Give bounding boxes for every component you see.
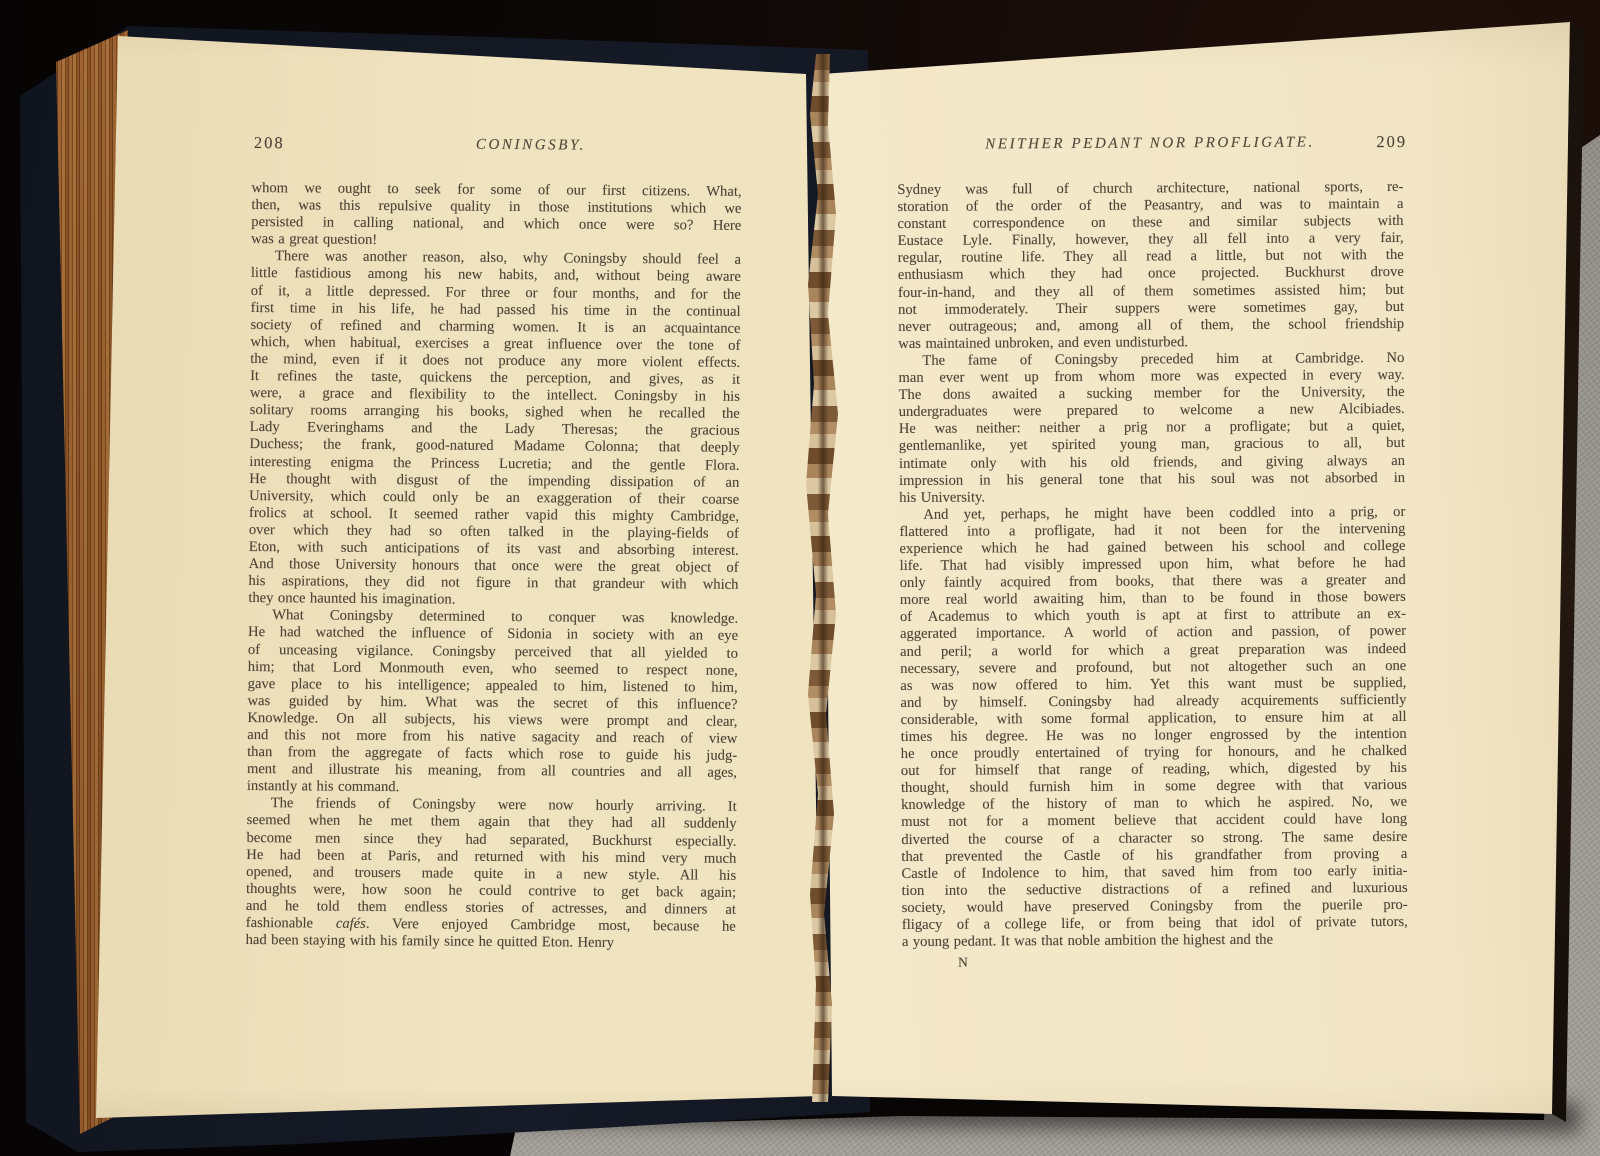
text-line: fligacy of a college life, or from being… [902, 914, 1408, 934]
running-header: CONINGSBY. [476, 137, 586, 155]
book-photograph: 208 CONINGSBY. whom we ought to seek for… [0, 0, 1600, 1156]
paragraph: And yet, perhaps, he might have been cod… [899, 504, 1408, 952]
paragraph: Sydney was full of church architecture, … [897, 179, 1404, 353]
text-line: never outrageous; and, among all of them… [898, 316, 1404, 336]
left-page-body: whom we ought to seek for some of our fi… [246, 180, 742, 953]
right-page-header: NEITHER PEDANT NOR PROFLIGATE. 209 [897, 133, 1403, 156]
paragraph: The friends of Coningsby were now hourly… [246, 795, 737, 953]
paragraph: The fame of Coningsby preceded him at Ca… [898, 350, 1405, 507]
signature-mark: N [958, 951, 1408, 971]
text-line: impression in his general tone that his … [899, 469, 1405, 489]
page-number: 209 [1376, 133, 1407, 150]
paragraph: What Coningsby determined to conquer was… [247, 607, 738, 799]
paragraph: There was another reason, also, why Coni… [248, 248, 741, 611]
left-page-header: 208 CONINGSBY. [252, 134, 742, 158]
running-header: NEITHER PEDANT NOR PROFLIGATE. [985, 134, 1315, 153]
text-line: a young pedant. It was that noble ambiti… [902, 931, 1408, 951]
right-page-text: NEITHER PEDANT NOR PROFLIGATE. 209 Sydne… [897, 133, 1408, 971]
paragraph: whom we ought to seek for some of our fi… [251, 180, 742, 252]
right-page-body: Sydney was full of church architecture, … [897, 179, 1408, 951]
page-number: 208 [254, 134, 285, 151]
left-page-text: 208 CONINGSBY. whom we ought to seek for… [246, 134, 742, 953]
